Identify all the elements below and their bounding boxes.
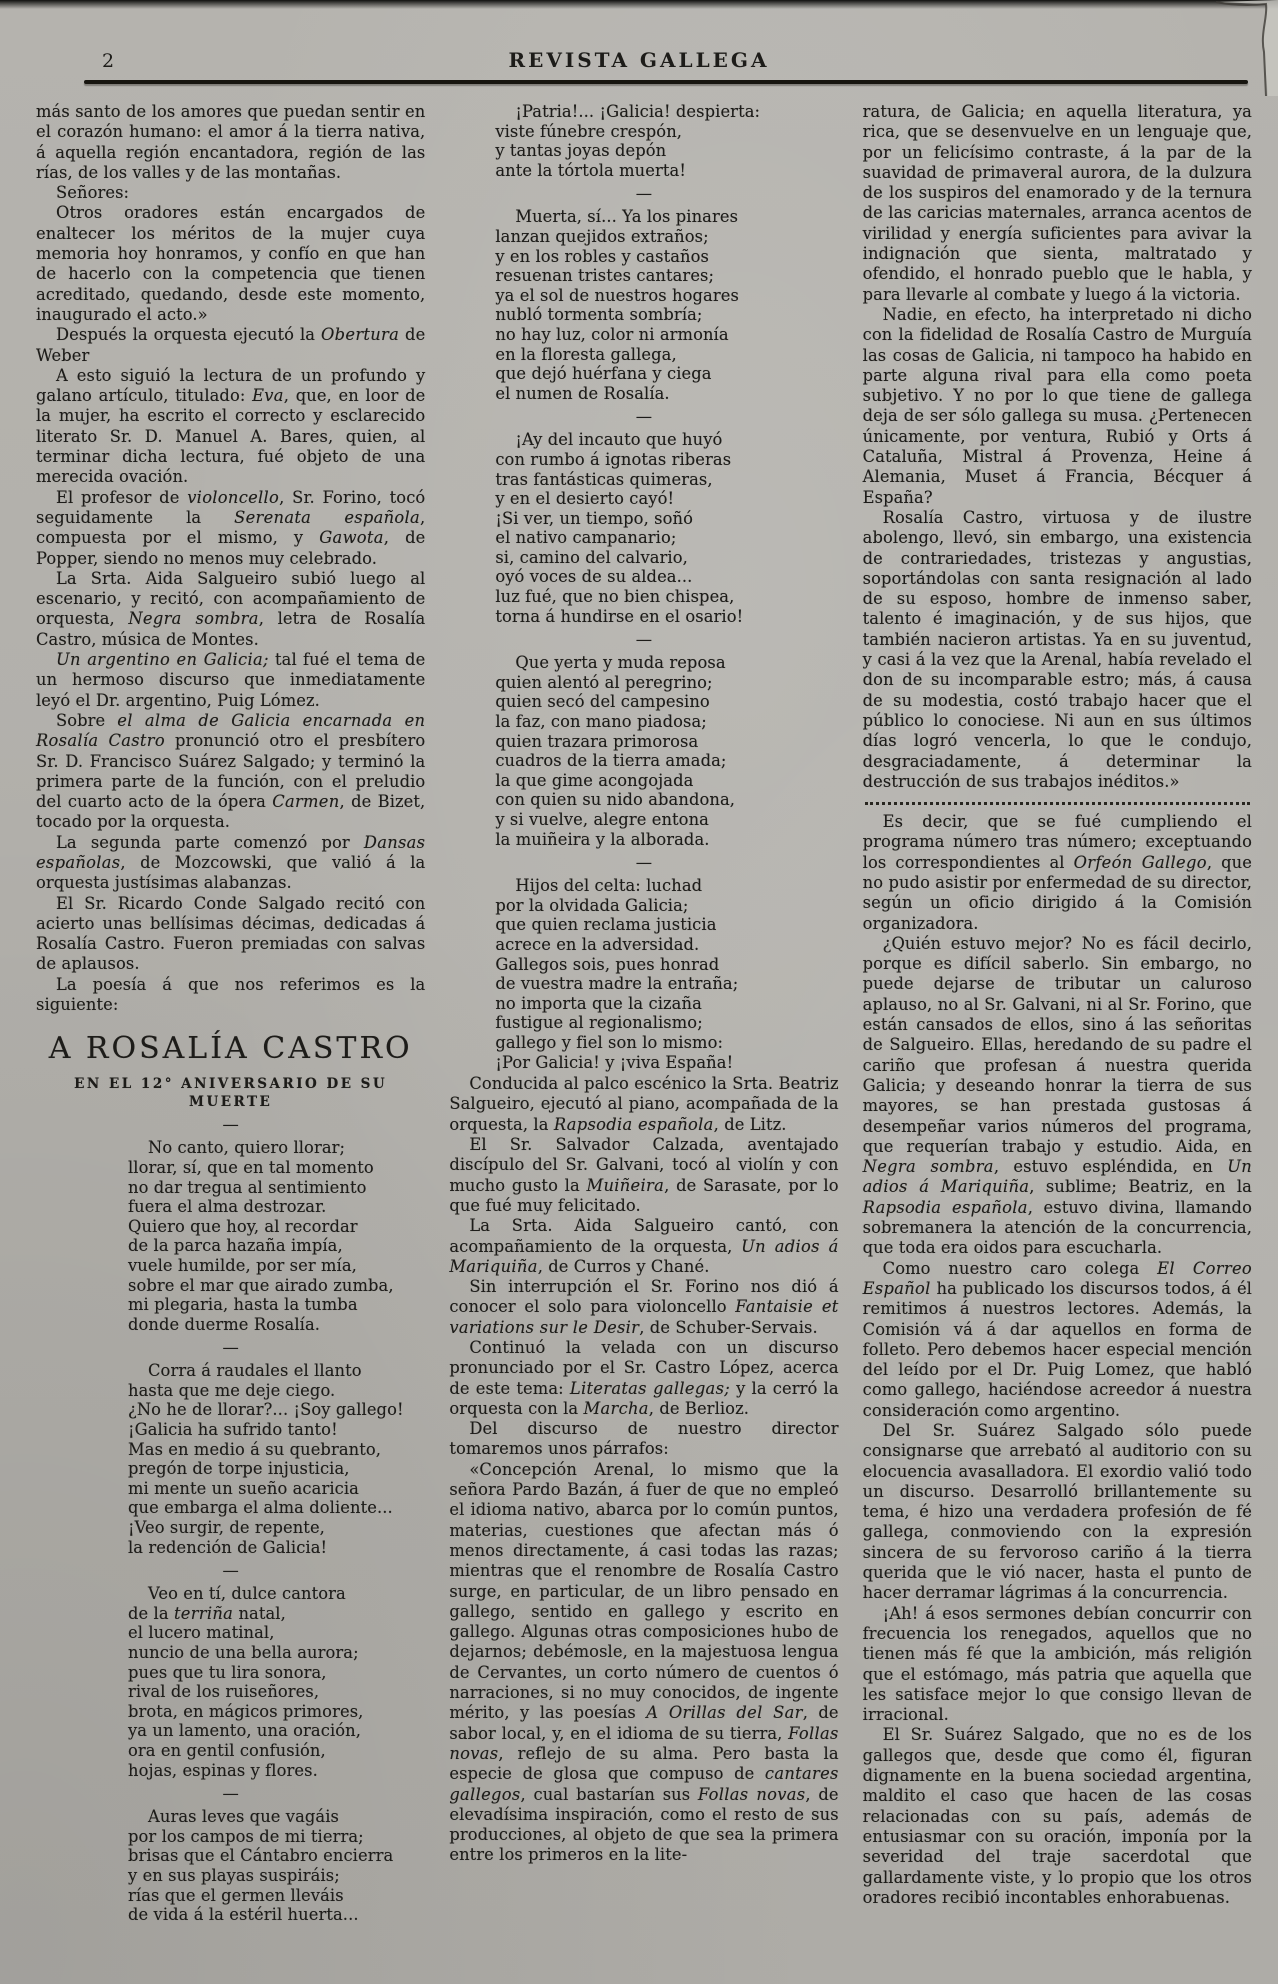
body-paragraph: Señores: — [36, 183, 425, 203]
verse-line: quien alentó al peregrino; — [495, 673, 838, 693]
verse-line: fuera el alma destrozar. — [128, 1197, 425, 1217]
body-paragraph: Sobre el alma de Galicia encarnada en Ro… — [36, 711, 425, 833]
stanza-separator: — — [449, 855, 838, 870]
verse-line: si, camino del calvario, — [495, 548, 838, 568]
verse-line: de vida á la estéril huerta... — [128, 1905, 425, 1925]
journal-title: REVISTA GALLEGA — [0, 48, 1278, 72]
stanza-separator: — — [449, 632, 838, 647]
verse-line: con rumbo á ignotas riberas — [495, 450, 838, 470]
body-paragraph: Un argentino en Galicia; tal fué el tema… — [36, 650, 425, 711]
verse-line: oyó voces de su aldea... — [495, 567, 838, 587]
verse-line: que embarga el alma doliente... — [128, 1498, 425, 1518]
verse-line: ¡Veo surgir, de repente, — [128, 1518, 425, 1538]
verse-line: la redención de Galicia! — [128, 1538, 425, 1558]
poem-stanza: Corra á raudales el llantohasta que me d… — [128, 1361, 425, 1557]
poem-stanza: Que yerta y muda reposaquien alentó al p… — [495, 653, 838, 849]
verse-line: en la floresta gallega, — [495, 345, 838, 365]
verse-line: rías que el germen lleváis — [128, 1886, 425, 1906]
body-paragraph: ratura, de Galicia; en aquella literatur… — [863, 102, 1252, 305]
stanza-separator: — — [449, 186, 838, 201]
body-paragraph: Nadie, en efecto, ha interpretado ni dic… — [863, 305, 1252, 508]
verse-line: torna á hundirse en el osario! — [495, 607, 838, 627]
body-paragraph: El profesor de violoncello, Sr. Forino, … — [36, 488, 425, 569]
verse-line: hojas, espinas y flores. — [128, 1761, 425, 1781]
verse-line: pregón de torpe injusticia, — [128, 1459, 425, 1479]
body-paragraph: A esto siguió la lectura de un profundo … — [36, 366, 425, 488]
verse-line: Hijos del celta: luchad — [495, 876, 838, 896]
verse-line: Mas en medio á su quebranto, — [128, 1440, 425, 1460]
body-paragraph: El Sr. Suárez Salgado, que no es de los … — [863, 1725, 1252, 1908]
verse-line: Que yerta y muda reposa — [495, 653, 838, 673]
verse-line: ¡Patria!... ¡Galicia! despierta: — [495, 102, 838, 122]
column-2: ¡Patria!... ¡Galicia! despierta:viste fú… — [449, 102, 838, 1968]
verse-line: y si vuelve, alegre entona — [495, 810, 838, 830]
verse-line: donde duerme Rosalía. — [128, 1315, 425, 1335]
verse-line: que quien reclama justicia — [495, 915, 838, 935]
body-paragraph: «Concepción Arenal, lo mismo que la seño… — [449, 1460, 838, 1866]
poem-stanza: Muerta, sí... Ya los pinareslanzan queji… — [495, 207, 838, 403]
verse-line: el numen de Rosalía. — [495, 384, 838, 404]
stanza-separator: — — [449, 409, 838, 424]
dotted-divider — [865, 802, 1250, 805]
verse-line: con quien su nido abandona, — [495, 790, 838, 810]
body-paragraph: La Srta. Aida Salgueiro cantó, con acomp… — [449, 1216, 838, 1277]
body-paragraph: Conducida al palco escénico la Srta. Bea… — [449, 1074, 838, 1135]
body-paragraph: ¡Ah! á esos sermones debían concurrir co… — [863, 1604, 1252, 1726]
verse-line: y en los robles y castaños — [495, 247, 838, 267]
verse-line: la faz, con mano piadosa; — [495, 712, 838, 732]
poem-stanza: Auras leves que vagáispor los campos de … — [128, 1807, 425, 1925]
verse-line: de vuestra madre la entraña; — [495, 974, 838, 994]
verse-line: fustigue al regionalismo; — [495, 1013, 838, 1033]
stanza-separator: — — [36, 1117, 425, 1132]
verse-line: Corra á raudales el llanto — [128, 1361, 425, 1381]
column-1: más santo de los amores que puedan senti… — [36, 102, 425, 1968]
poem-stanza: ¡Ay del incauto que huyócon rumbo á igno… — [495, 430, 838, 626]
verse-line: la muiñeira y la alborada. — [495, 830, 838, 850]
verse-line: la que gime acongojada — [495, 771, 838, 791]
verse-line: quien trazara primorosa — [495, 732, 838, 752]
verse-line: ¡Si ver, un tiempo, soñó — [495, 509, 838, 529]
verse-line: por los campos de mi tierra; — [128, 1827, 425, 1847]
verse-line: mi plegaria, hasta la tumba — [128, 1295, 425, 1315]
body-paragraph: El Sr. Salvador Calzada, aventajado disc… — [449, 1135, 838, 1216]
body-paragraph: Del Sr. Suárez Salgado sólo puede consig… — [863, 1421, 1252, 1604]
body-paragraph: más santo de los amores que puedan senti… — [36, 102, 425, 183]
poem-stanza: Veo en tí, dulce cantorade la terriña na… — [128, 1584, 425, 1780]
body-paragraph: Otros oradores están encargados de enalt… — [36, 203, 425, 325]
verse-line: el nativo campanario; — [495, 528, 838, 548]
body-paragraph: Como nuestro caro colega El Correo Españ… — [863, 1259, 1252, 1421]
poem-title: A ROSALÍA CASTRO — [36, 1031, 425, 1067]
verse-line: ¡Por Galicia! y ¡viva España! — [495, 1053, 838, 1073]
body-paragraph: Sin interrupción el Sr. Forino nos dió á… — [449, 1277, 838, 1338]
body-paragraph: La poesía á que nos referimos es la sigu… — [36, 975, 425, 1016]
verse-line: ¿No he de llorar?... ¡Soy gallego! — [128, 1400, 425, 1420]
verse-line: ya el sol de nuestros hogares — [495, 286, 838, 306]
verse-line: pues que tu lira sonora, — [128, 1663, 425, 1683]
verse-line: Quiero que hoy, al recordar — [128, 1217, 425, 1237]
verse-line: viste fúnebre crespón, — [495, 122, 838, 142]
poem-subtitle: EN EL 12° ANIVERSARIO DE SU MUERTE — [36, 1075, 425, 1111]
verse-line: el lucero matinal, — [128, 1623, 425, 1643]
verse-line: luz fué, que no bien chispea, — [495, 587, 838, 607]
verse-line: nubló tormenta sombría; — [495, 305, 838, 325]
verse-line: lanzan quejidos extraños; — [495, 227, 838, 247]
verse-line: rival de los ruiseñores, — [128, 1682, 425, 1702]
column-3: ratura, de Galicia; en aquella literatur… — [863, 102, 1252, 1968]
body-paragraph: Continuó la velada con un discurso pronu… — [449, 1338, 838, 1419]
verse-line: No canto, quiero llorar; — [128, 1138, 425, 1158]
verse-line: ora en gentil confusión, — [128, 1741, 425, 1761]
verse-line: mi mente un sueño acaricia — [128, 1479, 425, 1499]
verse-line: tras fantásticas quimeras, — [495, 470, 838, 490]
body-paragraph: ¿Quién estuvo mejor? No es fácil decirlo… — [863, 934, 1252, 1259]
verse-line: y en el desierto cayó! — [495, 489, 838, 509]
body-paragraph: Rosalía Castro, virtuosa y de ilustre ab… — [863, 508, 1252, 792]
verse-line: resuenan tristes cantares; — [495, 266, 838, 286]
verse-line: brisas que el Cántabro encierra — [128, 1846, 425, 1866]
body-paragraph: La Srta. Aida Salgueiro subió luego al e… — [36, 569, 425, 650]
verse-line: y en sus playas suspiráis; — [128, 1866, 425, 1886]
newspaper-page: 2 REVISTA GALLEGA más santo de los amore… — [0, 0, 1278, 1984]
verse-line: Auras leves que vagáis — [128, 1807, 425, 1827]
verse-line: de la parca hazaña impía, — [128, 1236, 425, 1256]
verse-line: que dejó huérfana y ciega — [495, 364, 838, 384]
verse-line: sobre el mar que airado zumba, — [128, 1276, 425, 1296]
verse-line: de la terriña natal, — [128, 1604, 425, 1624]
verse-line: y tantas joyas depón — [495, 141, 838, 161]
body-paragraph: Después la orquesta ejecutó la Obertura … — [36, 325, 425, 366]
verse-line: Veo en tí, dulce cantora — [128, 1584, 425, 1604]
verse-line: vuele humilde, por ser mía, — [128, 1256, 425, 1276]
verse-line: por la olvidada Galicia; — [495, 896, 838, 916]
poem-stanza: ¡Patria!... ¡Galicia! despierta:viste fú… — [495, 102, 838, 180]
stanza-separator: — — [36, 1563, 425, 1578]
verse-line: brota, en mágicos primores, — [128, 1702, 425, 1722]
verse-line: Gallegos sois, pues honrad — [495, 955, 838, 975]
stanza-separator: — — [36, 1786, 425, 1801]
verse-line: Muerta, sí... Ya los pinares — [495, 207, 838, 227]
article-body: más santo de los amores que puedan senti… — [36, 102, 1252, 1968]
verse-line: no dar tregua al sentimiento — [128, 1178, 425, 1198]
verse-line: llorar, sí, que en tal momento — [128, 1158, 425, 1178]
verse-line: no importa que la cizaña — [495, 994, 838, 1014]
poem-stanza: No canto, quiero llorar;llorar, sí, que … — [128, 1138, 425, 1334]
poem-stanza: Hijos del celta: luchadpor la olvidada G… — [495, 876, 838, 1072]
verse-line: ¡Ay del incauto que huyó — [495, 430, 838, 450]
verse-line: gallego y fiel son lo mismo: — [495, 1033, 838, 1053]
verse-line: ya un lamento, una oración, — [128, 1721, 425, 1741]
masthead: 2 REVISTA GALLEGA — [0, 0, 1278, 100]
verse-line: ¡Galicia ha sufrido tanto! — [128, 1420, 425, 1440]
verse-line: acrece en la adversidad. — [495, 935, 838, 955]
body-paragraph: El Sr. Ricardo Conde Salgado recitó con … — [36, 894, 425, 975]
verse-line: quien secó del campesino — [495, 692, 838, 712]
body-paragraph: La segunda parte comenzó por Dansas espa… — [36, 833, 425, 894]
verse-line: nuncio de una bella aurora; — [128, 1643, 425, 1663]
masthead-rule — [84, 80, 1248, 84]
verse-line: cuadros de la tierra amada; — [495, 751, 838, 771]
body-paragraph: Del discurso de nuestro director tomarem… — [449, 1419, 838, 1460]
stanza-separator: — — [36, 1340, 425, 1355]
body-paragraph: Es decir, que se fué cumpliendo el progr… — [863, 812, 1252, 934]
verse-line: ante la tórtola muerta! — [495, 161, 838, 181]
verse-line: hasta que me deje ciego. — [128, 1381, 425, 1401]
verse-line: no hay luz, color ni armonía — [495, 325, 838, 345]
